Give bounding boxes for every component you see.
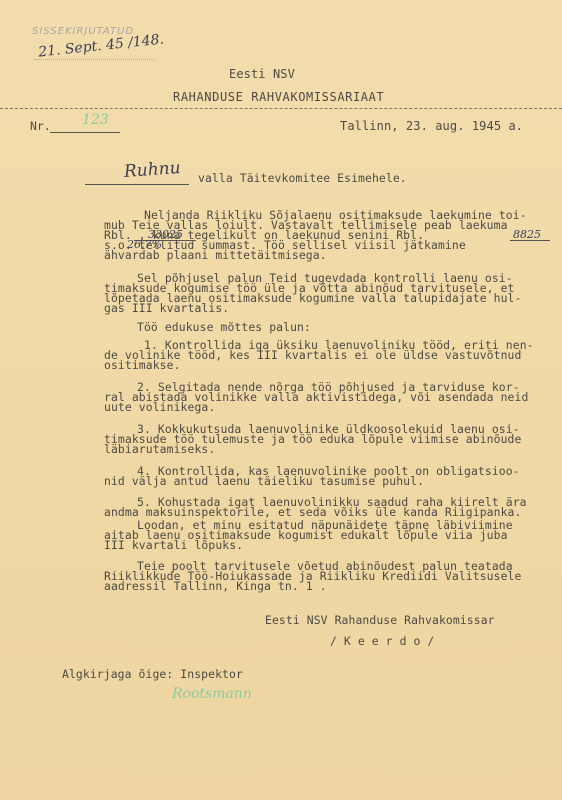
item-5: 5. Kohustada igat laenuvolinikku saadud … (104, 497, 534, 517)
received-amount-underline (510, 240, 550, 241)
item-1: 1. Kontrollida iga üksiku laenuvoliniku … (104, 340, 534, 370)
nr-label: Nr. (30, 121, 51, 131)
paragraph-2: Sel põhjusel palun Teid tugevdada kontro… (104, 273, 534, 313)
percent-handwritten: 26,7% (127, 238, 162, 251)
nr-underline (50, 132, 120, 133)
paragraph-5: Teie poolt tarvitusele võetud abinõudest… (104, 561, 534, 591)
place-date: Tallinn, 23. aug. 1945 a. (340, 121, 523, 131)
paragraph-4: Loodan, et minu esitatud näpunäidete täp… (104, 520, 534, 550)
addressee-parish-handwritten: Ruhnu (123, 158, 181, 182)
header-divider (0, 108, 562, 109)
signature-title: Eesti NSV Rahanduse Rahvakomissar (265, 615, 495, 625)
signature-name: / K e e r d o / (330, 636, 434, 646)
addressee-text: valla Täitevkomitee Esimehele. (198, 173, 407, 183)
inspector-signature-handwritten: Rootsmann (172, 686, 252, 702)
p1-line: ähvardab plaani mittetäitmisega. (104, 250, 534, 260)
paragraph-3: Töö edukuse mõttes palun: (104, 322, 534, 332)
addressee-underline (85, 184, 189, 185)
certification-text: Algkirjaga õige: Inspektor (62, 669, 243, 679)
item-4: 4. Kontrollida, kas laenuvolinike poolt … (104, 466, 534, 486)
header-ministry: RAHANDUSE RAHVAKOMISSARIAAT (173, 92, 384, 102)
item-3: 3. Kokkukutsuda laenuvolinike üldkoosole… (104, 424, 534, 454)
stamp-dotted-line (34, 59, 154, 60)
nr-handwritten: 123 (82, 112, 109, 128)
header-republic: Eesti NSV (229, 69, 295, 79)
p3-line: Töö edukuse mõttes palun: (104, 322, 534, 332)
item-2: 2. Selgitada nende nõrga töö põhjused ja… (104, 382, 534, 412)
item-line: andma maksuinspektorile, et seda võiks ü… (104, 507, 534, 517)
